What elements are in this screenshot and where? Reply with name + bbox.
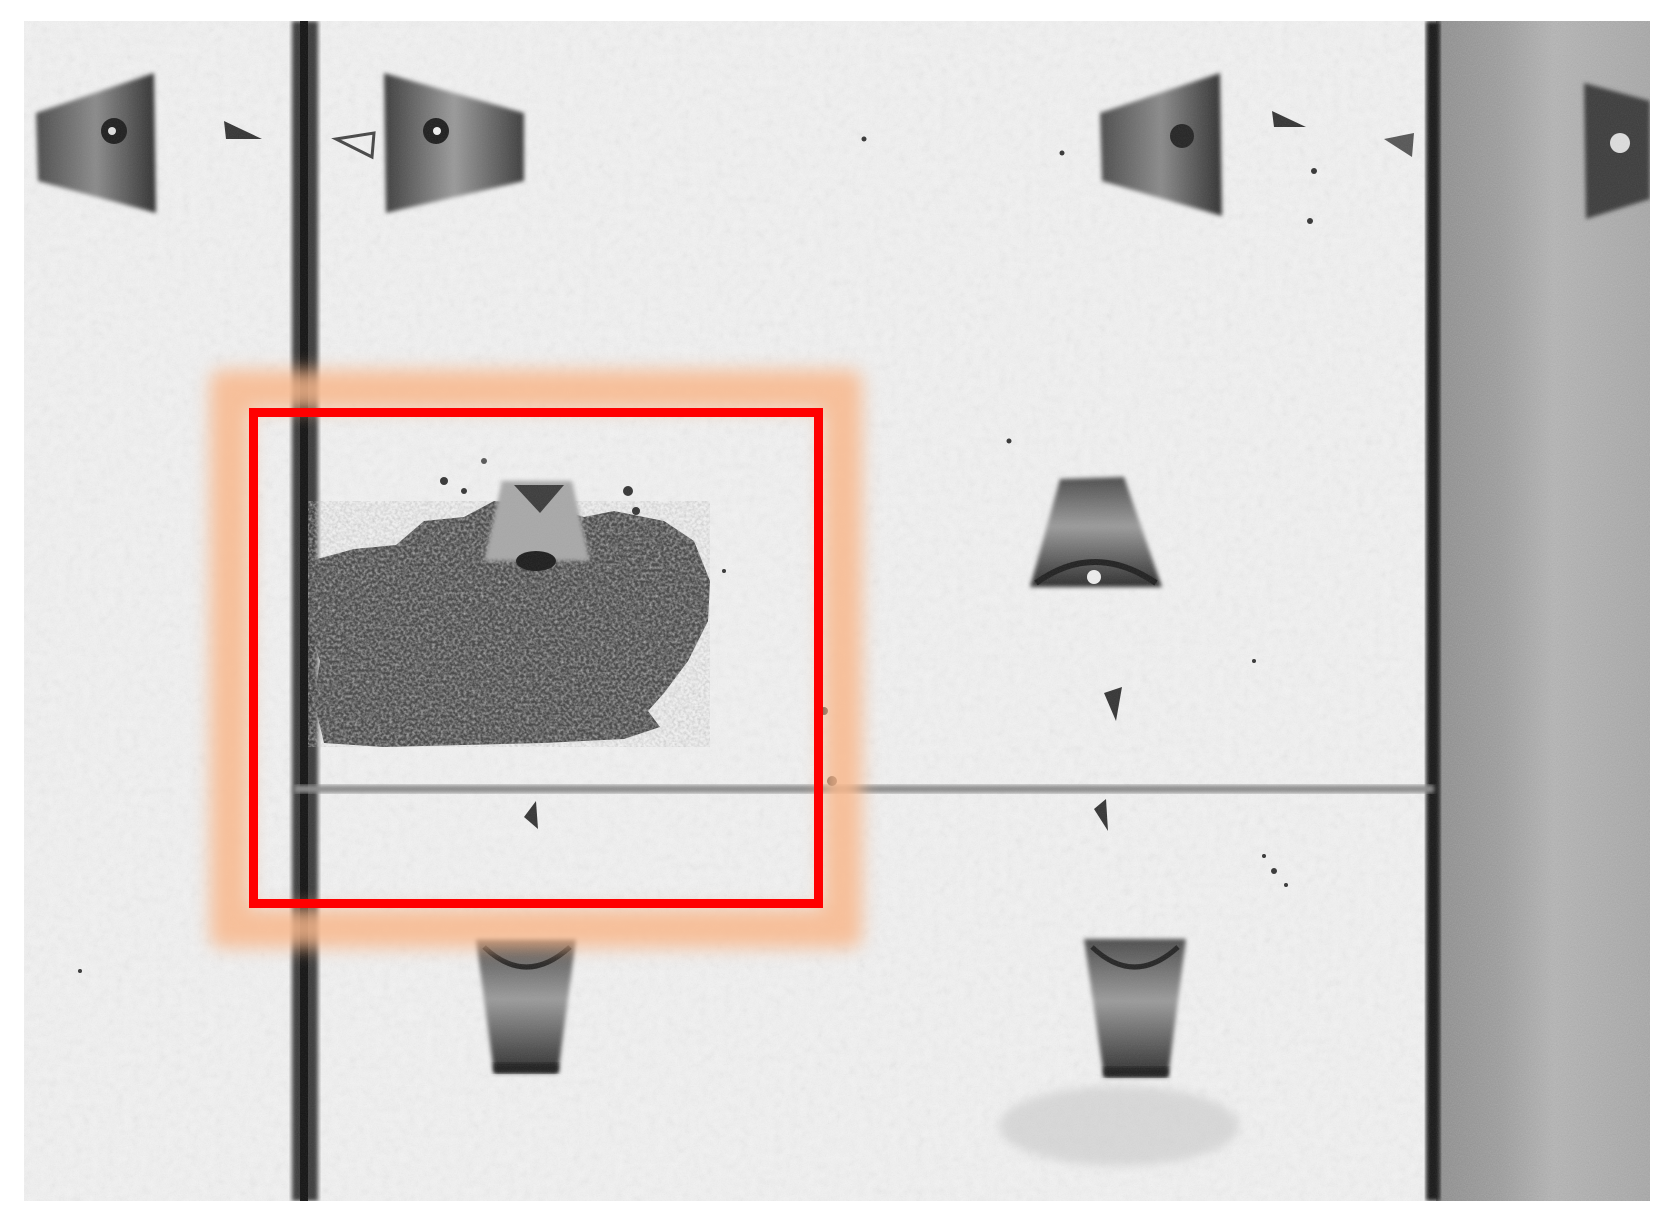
defect-bounding-box[interactable]: [249, 408, 823, 908]
